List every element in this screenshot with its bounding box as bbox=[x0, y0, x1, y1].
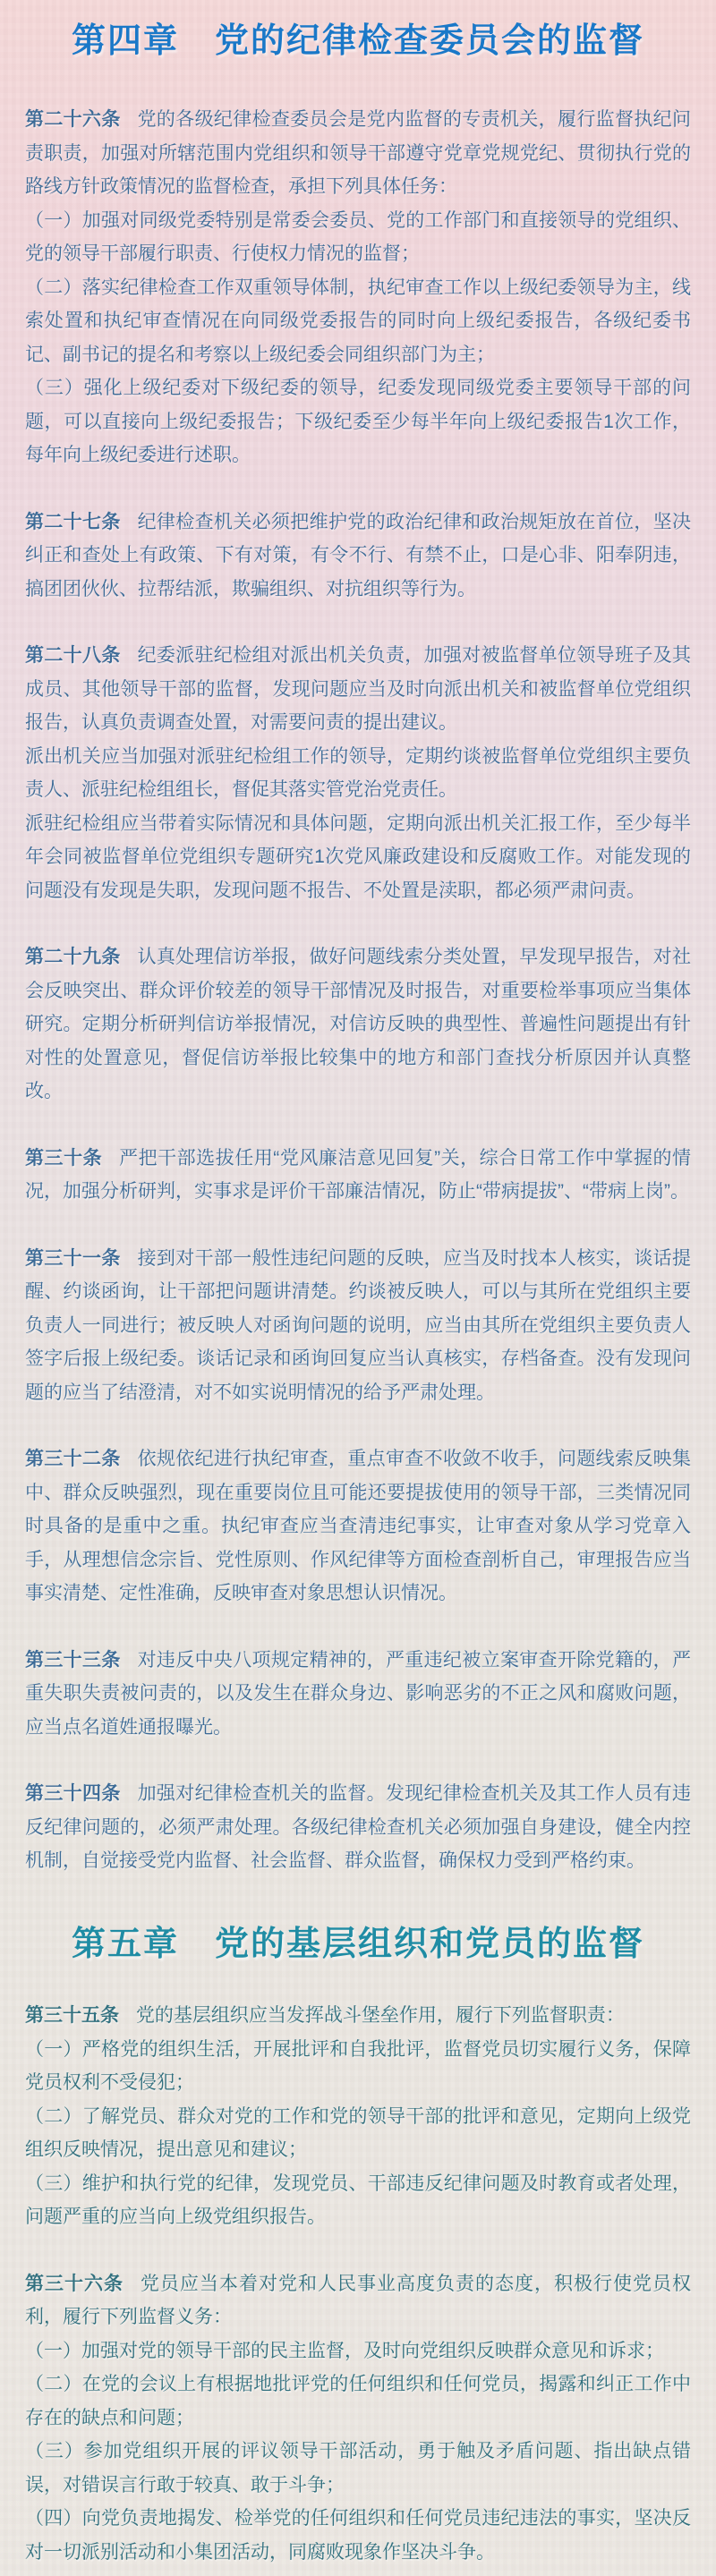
article-29-lead-text: 认真处理信访举报，做好问题线索分类处置，早发现早报告，对社会反映突出、群众评价较… bbox=[25, 947, 691, 1101]
article-35-item-2: （二）了解党员、群众对党的工作和党的领导干部的批评和意见，定期向上级党组织反映情… bbox=[25, 2100, 691, 2167]
chapter-4-title: 第四章 党的纪律检查委员会的监督 bbox=[25, 20, 691, 64]
article-26-number: 第二十六条 bbox=[25, 109, 121, 130]
article-35-item-1: （一）严格党的组织生活，开展批评和自我批评，监督党员切实履行义务，保障党员权利不… bbox=[25, 2033, 691, 2100]
article-34-paragraph-lead: 第三十四条加强对纪律检查机关的监督。发现纪律检查机关及其工作人员有违反纪律问题的… bbox=[25, 1777, 691, 1878]
article-28-lead-text: 纪委派驻纪检组对派出机关负责，加强对被监督单位领导班子及其成员、其他领导干部的监… bbox=[25, 645, 691, 733]
section-article-33: 第三十三条对违反中央八项规定精神的，严重违纪被立案审查开除党籍的，严重失职失责被… bbox=[25, 1644, 691, 1745]
article-35-lead-text: 党的基层组织应当发挥战斗堡垒作用，履行下列监督职责： bbox=[136, 2005, 625, 2026]
article-36-item-2: （二）在党的会议上有根据地批评党的任何组织和任何党员，揭露和纠正工作中存在的缺点… bbox=[25, 2368, 691, 2435]
article-27-lead-text: 纪律检查机关必须把维护党的政治纪律和政治规矩放在首位，坚决纠正和查处上有政策、下… bbox=[25, 512, 691, 599]
article-36-paragraph-lead: 第三十六条党员应当本着对党和人民事业高度负责的态度，积极行使党员权利，履行下列监… bbox=[25, 2267, 691, 2334]
article-28-paragraph-2: 派出机关应当加强对派驻纪检组工作的领导，定期约谈被监督单位党组织主要负责人、派驻… bbox=[25, 740, 691, 807]
section-article-35: 第三十五条党的基层组织应当发挥战斗堡垒作用，履行下列监督职责： （一）严格党的组… bbox=[25, 1999, 691, 2234]
section-article-29: 第二十九条认真处理信访举报，做好问题线索分类处置，早发现早报告，对社会反映突出、… bbox=[25, 940, 691, 1109]
article-29-paragraph-lead: 第二十九条认真处理信访举报，做好问题线索分类处置，早发现早报告，对社会反映突出、… bbox=[25, 940, 691, 1109]
chapter-5-title: 第五章 党的基层组织和党员的监督 bbox=[25, 1923, 691, 1967]
article-35-paragraph-lead: 第三十五条党的基层组织应当发挥战斗堡垒作用，履行下列监督职责： bbox=[25, 1999, 691, 2033]
article-30-lead-text: 严把干部选拔任用“党风廉洁意见回复”关，综合日常工作中掌握的情况，加强分析研判，… bbox=[25, 1148, 691, 1203]
section-article-32: 第三十二条依规依纪进行执纪审查，重点审查不收敛不收手，问题线索反映集中、群众反映… bbox=[25, 1442, 691, 1611]
article-28-paragraph-3: 派驻纪检组应当带着实际情况和具体问题，定期向派出机关汇报工作，至少每半年会同被监… bbox=[25, 807, 691, 908]
section-article-30: 第三十条严把干部选拔任用“党风廉洁意见回复”关，综合日常工作中掌握的情况，加强分… bbox=[25, 1142, 691, 1209]
section-article-28: 第二十八条纪委派驻纪检组对派出机关负责，加强对被监督单位领导班子及其成员、其他领… bbox=[25, 639, 691, 907]
document-page: 第四章 党的纪律检查委员会的监督 第二十六条党的各级纪律检查委员会是党内监督的专… bbox=[0, 0, 716, 2576]
section-article-34: 第三十四条加强对纪律检查机关的监督。发现纪律检查机关及其工作人员有违反纪律问题的… bbox=[25, 1777, 691, 1878]
article-26-item-1: （一）加强对同级党委特别是常委会委员、党的工作部门和直接领导的党组织、党的领导干… bbox=[25, 204, 691, 271]
article-27-paragraph-lead: 第二十七条纪律检查机关必须把维护党的政治纪律和政治规矩放在首位，坚决纠正和查处上… bbox=[25, 506, 691, 607]
article-32-number: 第三十二条 bbox=[25, 1449, 121, 1469]
article-26-lead-text: 党的各级纪律检查委员会是党内监督的专责机关，履行监督执纪问责职责，加强对所辖范围… bbox=[25, 109, 691, 197]
article-36-item-1: （一）加强对党的领导干部的民主监督，及时向党组织反映群众意见和诉求； bbox=[25, 2334, 691, 2368]
article-36-number: 第三十六条 bbox=[25, 2274, 124, 2294]
article-33-number: 第三十三条 bbox=[25, 1650, 121, 1671]
article-34-lead-text: 加强对纪律检查机关的监督。发现纪律检查机关及其工作人员有违反纪律问题的，必须严肃… bbox=[25, 1783, 691, 1871]
article-36-item-4: （四）向党负责地揭发、检举党的任何组织和任何党员违纪违法的事实，坚决反对一切派别… bbox=[25, 2502, 691, 2569]
article-33-lead-text: 对违反中央八项规定精神的，严重违纪被立案审查开除党籍的，严重失职失责被问责的，以… bbox=[25, 1650, 691, 1738]
article-28-number: 第二十八条 bbox=[25, 645, 121, 666]
article-28-paragraph-lead: 第二十八条纪委派驻纪检组对派出机关负责，加强对被监督单位领导班子及其成员、其他领… bbox=[25, 639, 691, 740]
article-26-item-2: （二）落实纪律检查工作双重领导体制，执纪审查工作以上级纪委领导为主，线索处置和执… bbox=[25, 271, 691, 372]
article-31-lead-text: 接到对干部一般性违纪问题的反映，应当及时找本人核实，谈话提醒、约谈函询，让干部把… bbox=[25, 1248, 691, 1403]
section-article-36: 第三十六条党员应当本着对党和人民事业高度负责的态度，积极行使党员权利，履行下列监… bbox=[25, 2267, 691, 2570]
section-article-27: 第二十七条纪律检查机关必须把维护党的政治纪律和政治规矩放在首位，坚决纠正和查处上… bbox=[25, 506, 691, 607]
article-29-number: 第二十九条 bbox=[25, 947, 121, 967]
article-36-item-3: （三）参加党组织开展的评议领导干部活动，勇于触及矛盾问题、指出缺点错误，对错误言… bbox=[25, 2435, 691, 2502]
article-33-paragraph-lead: 第三十三条对违反中央八项规定精神的，严重违纪被立案审查开除党籍的，严重失职失责被… bbox=[25, 1644, 691, 1745]
article-34-number: 第三十四条 bbox=[25, 1783, 121, 1804]
section-article-26: 第二十六条党的各级纪律检查委员会是党内监督的专责机关，履行监督执纪问责职责，加强… bbox=[25, 103, 691, 472]
article-35-item-3: （三）维护和执行党的纪律，发现党员、干部违反纪律问题及时教育或者处理，问题严重的… bbox=[25, 2167, 691, 2234]
article-27-number: 第二十七条 bbox=[25, 512, 121, 532]
article-35-number: 第三十五条 bbox=[25, 2005, 119, 2026]
article-26-item-3: （三）强化上级纪委对下级纪委的领导，纪委发现同级党委主要领导干部的问题，可以直接… bbox=[25, 371, 691, 472]
article-30-number: 第三十条 bbox=[25, 1148, 102, 1169]
article-32-lead-text: 依规依纪进行执纪审查，重点审查不收敛不收手，问题线索反映集中、群众反映强烈，现在… bbox=[25, 1449, 691, 1603]
article-30-paragraph-lead: 第三十条严把干部选拔任用“党风廉洁意见回复”关，综合日常工作中掌握的情况，加强分… bbox=[25, 1142, 691, 1209]
article-36-lead-text: 党员应当本着对党和人民事业高度负责的态度，积极行使党员权利，履行下列监督义务： bbox=[25, 2274, 691, 2328]
section-article-31: 第三十一条接到对干部一般性违纪问题的反映，应当及时找本人核实，谈话提醒、约谈函询… bbox=[25, 1242, 691, 1410]
article-31-paragraph-lead: 第三十一条接到对干部一般性违纪问题的反映，应当及时找本人核实，谈话提醒、约谈函询… bbox=[25, 1242, 691, 1410]
article-26-paragraph-lead: 第二十六条党的各级纪律检查委员会是党内监督的专责机关，履行监督执纪问责职责，加强… bbox=[25, 103, 691, 204]
article-32-paragraph-lead: 第三十二条依规依纪进行执纪审查，重点审查不收敛不收手，问题线索反映集中、群众反映… bbox=[25, 1442, 691, 1611]
article-31-number: 第三十一条 bbox=[25, 1248, 121, 1269]
